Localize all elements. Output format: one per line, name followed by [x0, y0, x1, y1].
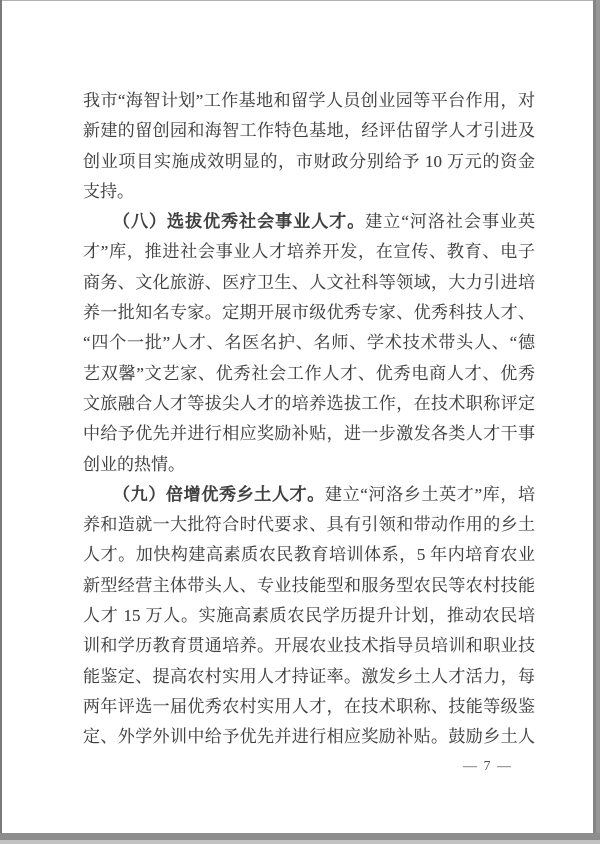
scan-edge-top — [0, 0, 600, 1]
text-segment: 新建的留创园和海智工作特色基地，经评估留学人才引进及 — [83, 121, 535, 140]
text-line: 能鉴定、提高农村实用人才持证率。激发乡土人才活力，每 — [83, 662, 535, 692]
text-line: 人才 15 万人。实施高素质农民学历提升计划，推动农民培 — [83, 601, 535, 631]
text-segment: 支持。 — [83, 182, 134, 201]
scan-edge-left — [0, 0, 2, 844]
scan-edge-bottom — [0, 833, 600, 844]
text-line: 两年评选一届优秀农村实用人才，在技术职称、技能等级鉴 — [83, 692, 535, 722]
text-line: 文旅融合人才等拔尖人才的培养选拔工作，在技术职称评定 — [83, 389, 535, 419]
text-line: 养和造就一大批符合时代要求、具有引领和带动作用的乡土 — [83, 510, 535, 540]
text-line: 才”库，推进社会事业人才培养开发，在宣传、教育、电子 — [83, 237, 535, 267]
document-page: 我市“海智计划”工作基地和留学人员创业园等平台作用，对新建的留创园和海智工作特色… — [0, 0, 600, 844]
text-line: 商务、文化旅游、医疗卫生、人文社科等领域，大力引进培 — [83, 268, 535, 298]
text-line: 养一批知名专家。定期开展市级优秀专家、优秀科技人才、 — [83, 298, 535, 328]
text-segment: 养一批知名专家。定期开展市级优秀专家、优秀科技人才、 — [83, 303, 535, 322]
document-lines: 我市“海智计划”工作基地和留学人员创业园等平台作用，对新建的留创园和海智工作特色… — [83, 86, 535, 753]
heading-segment: （九）倍增优秀乡土人才。 — [113, 485, 325, 504]
heading-segment: （八）选拔优秀社会事业人才。 — [113, 212, 365, 231]
text-line: 创业的热情。 — [83, 450, 535, 480]
text-line: 人才。加快构建高素质农民教育培训体系，5 年内培育农业 — [83, 540, 535, 570]
text-line: 我市“海智计划”工作基地和留学人员创业园等平台作用，对 — [83, 86, 535, 116]
text-segment: 能鉴定、提高农村实用人才持证率。激发乡土人才活力，每 — [83, 667, 535, 686]
text-segment: 文旅融合人才等拔尖人才的培养选拔工作，在技术职称评定 — [83, 394, 535, 413]
text-segment: 艺双馨”文艺家、优秀社会工作人才、优秀电商人才、优秀 — [83, 364, 535, 383]
text-line: （九）倍增优秀乡土人才。建立“河洛乡土英才”库，培 — [83, 480, 535, 510]
text-line: 训和学历教育贯通培养。开展农业技术指导员培训和职业技 — [83, 631, 535, 661]
text-segment: 创业的热情。 — [83, 455, 185, 474]
page-number: — 7 — — [463, 759, 513, 775]
text-segment: 定、外学外训中给予优先并进行相应奖励补贴。鼓励乡土人 — [83, 727, 535, 746]
text-line: 艺双馨”文艺家、优秀社会工作人才、优秀电商人才、优秀 — [83, 359, 535, 389]
text-line: 中给予优先并进行相应奖励补贴，进一步激发各类人才干事 — [83, 419, 535, 449]
text-segment: 人才。加快构建高素质农民教育培训体系，5 年内培育农业 — [83, 545, 535, 564]
scan-edge-right — [593, 0, 600, 844]
text-segment: 才”库，推进社会事业人才培养开发，在宣传、教育、电子 — [83, 242, 535, 261]
text-segment: 我市“海智计划”工作基地和留学人员创业园等平台作用，对 — [83, 91, 535, 110]
text-segment: 新型经营主体带头人、专业技能型和服务型农民等农村技能 — [83, 576, 535, 595]
text-segment: 建立“河洛乡土英才”库，培 — [325, 485, 535, 504]
text-segment: 两年评选一届优秀农村实用人才，在技术职称、技能等级鉴 — [83, 697, 535, 716]
text-segment: “四个一批”人才、名医名护、名师、学术技术带头人、“德 — [83, 333, 535, 352]
text-segment: 养和造就一大批符合时代要求、具有引领和带动作用的乡土 — [83, 515, 535, 534]
text-line: 支持。 — [83, 177, 535, 207]
text-line: 新建的留创园和海智工作特色基地，经评估留学人才引进及 — [83, 116, 535, 146]
text-line: 创业项目实施成效明显的，市财政分别给予 10 万元的资金 — [83, 147, 535, 177]
text-segment: 商务、文化旅游、医疗卫生、人文社科等领域，大力引进培 — [83, 273, 535, 292]
text-line: 新型经营主体带头人、专业技能型和服务型农民等农村技能 — [83, 571, 535, 601]
text-segment: 人才 15 万人。实施高素质农民学历提升计划，推动农民培 — [83, 606, 535, 625]
text-segment: 创业项目实施成效明显的，市财政分别给予 10 万元的资金 — [83, 152, 535, 171]
text-line: 定、外学外训中给予优先并进行相应奖励补贴。鼓励乡土人 — [83, 722, 535, 752]
text-line: “四个一批”人才、名医名护、名师、学术技术带头人、“德 — [83, 328, 535, 358]
text-segment: 建立“河洛社会事业英 — [365, 212, 535, 231]
text-segment: 中给予优先并进行相应奖励补贴，进一步激发各类人才干事 — [83, 424, 535, 443]
text-line: （八）选拔优秀社会事业人才。建立“河洛社会事业英 — [83, 207, 535, 237]
text-segment: 训和学历教育贯通培养。开展农业技术指导员培训和职业技 — [83, 636, 535, 655]
